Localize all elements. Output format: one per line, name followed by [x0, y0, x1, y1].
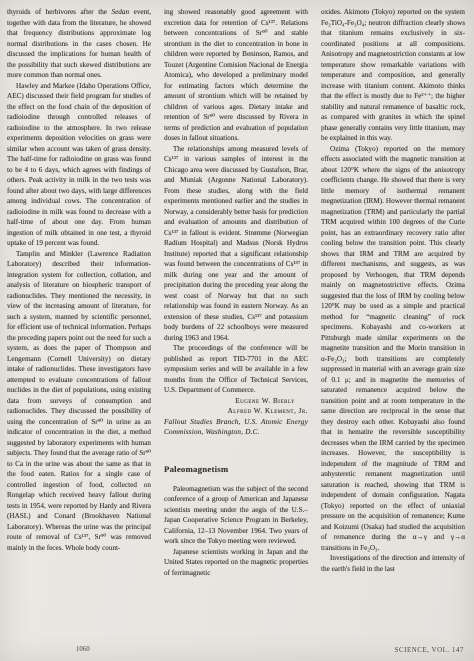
paragraph: ing showed reasonably good agreement wit…	[164, 7, 308, 144]
journal-page: thyroids of herbivores after the Sedan e…	[0, 0, 474, 661]
text-column-2: ing showed reasonably good agreement wit…	[164, 7, 308, 634]
paragraph: Ozima (Tokyo) reported on the memory eff…	[321, 144, 465, 554]
section-heading-paleomagnetism: Paleomagnetism	[164, 464, 308, 475]
paragraph: The proceedings of the conference will b…	[164, 343, 308, 396]
text-run: event, together with data from the liter…	[7, 8, 151, 79]
paragraph: Tamplin and Minkler (Lawrence Radiation …	[7, 249, 151, 554]
three-column-text-block: thyroids of herbivores after the Sedan e…	[0, 0, 474, 634]
paragraph: The relationships among measured levels …	[164, 144, 308, 344]
paragraph: Investigations of the direction and inte…	[321, 553, 465, 574]
author-affiliation: Fallout Studies Branch, U.S. Atomic Ener…	[164, 417, 308, 438]
page-number: 1060	[76, 646, 90, 653]
journal-volume-footer: SCIENCE, VOL. 147	[395, 647, 464, 654]
paragraph: thyroids of herbivores after the Sedan e…	[7, 7, 151, 81]
author-signature: Alfred W. Klement, Jr.	[164, 406, 308, 417]
paragraph: oxides. Akimoto (Tokyo) reported on the …	[321, 7, 465, 144]
paragraph: Japanese scientists working in Japan and…	[164, 547, 308, 579]
author-signature: Eugene W. Bierly	[164, 396, 308, 407]
text-column-3: oxides. Akimoto (Tokyo) reported on the …	[321, 7, 465, 634]
paragraph: Hawley and Markee (Idaho Operations Offi…	[7, 81, 151, 249]
paragraph: Paleomagnetism was the subject of the se…	[164, 484, 308, 547]
text-run: thyroids of herbivores after the	[7, 8, 112, 16]
italic-run-sedan: Sedan	[112, 8, 130, 16]
text-column-1: thyroids of herbivores after the Sedan e…	[7, 7, 151, 634]
